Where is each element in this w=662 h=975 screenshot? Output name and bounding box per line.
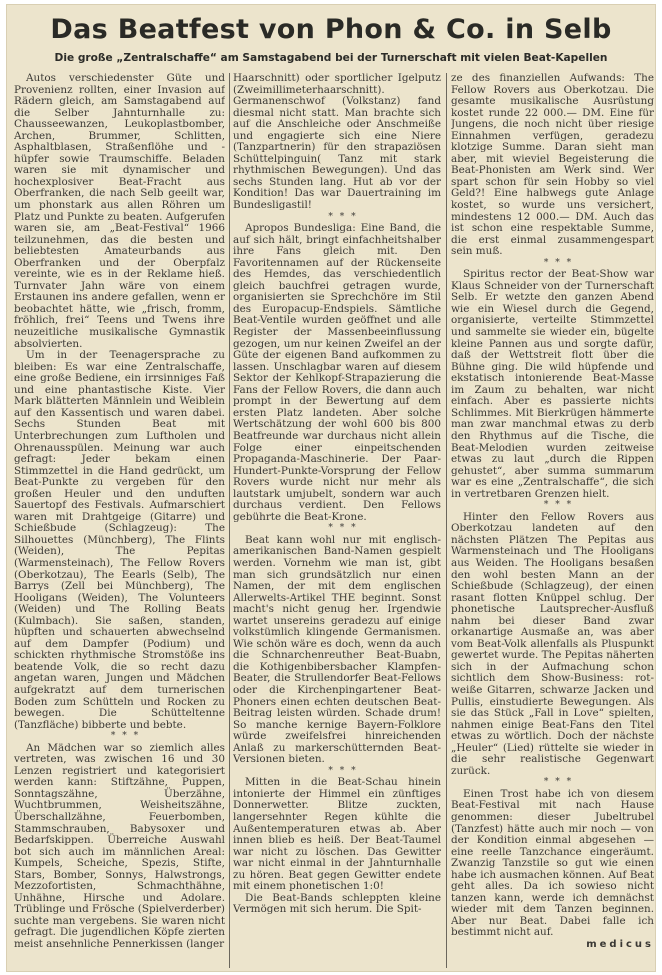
paragraph: An Mädchen war so ziemlich alles vertret… (14, 743, 225, 951)
author-signature: medicus (451, 939, 654, 951)
paragraph: Spiritus rector der Beat-Show war Klaus … (451, 269, 654, 500)
column-rule (446, 73, 447, 968)
paragraph: Autos verschiedenster Güte und Provenien… (14, 73, 225, 350)
column-rule (229, 73, 230, 968)
article-column-3: ze des finanziellen Aufwands: The Fellow… (451, 73, 654, 968)
paragraph: Die Beat-Bands schleppten kleine Vermöge… (233, 893, 441, 916)
paragraph: Mitten in die Beat-Schau hinein intonier… (233, 777, 441, 892)
paragraph: Einen Trost habe ich von diesem Beat-Fes… (451, 789, 654, 939)
paragraph: Um in der Teenagersprache zu bleiben: Es… (14, 350, 225, 731)
paragraph: Hinter den Fellow Rovers aus Oberkotzau … (451, 512, 654, 778)
section-separator: * * * (14, 731, 225, 743)
article-column-1: Autos verschiedenster Güte und Provenien… (14, 73, 225, 968)
headline: Das Beatfest von Phon & Co. in Selb (6, 14, 656, 45)
paragraph: Beat kann wohl nur mit englisch-amerikan… (233, 535, 441, 766)
newspaper-clipping: Das Beatfest von Phon & Co. in Selb Die … (6, 4, 656, 972)
subheadline: Die große „Zentralschaffe“ am Samstagabe… (6, 52, 656, 64)
article-column-2: Haarschnitt) oder sportlicher Igelputz (… (233, 73, 441, 968)
paragraph: Apropos Bundesliga: Eine Band, die auf s… (233, 223, 441, 523)
paragraph: ze des finanziellen Aufwands: The Fellow… (451, 73, 654, 258)
paragraph: Haarschnitt) oder sportlicher Igelputz (… (233, 73, 441, 212)
